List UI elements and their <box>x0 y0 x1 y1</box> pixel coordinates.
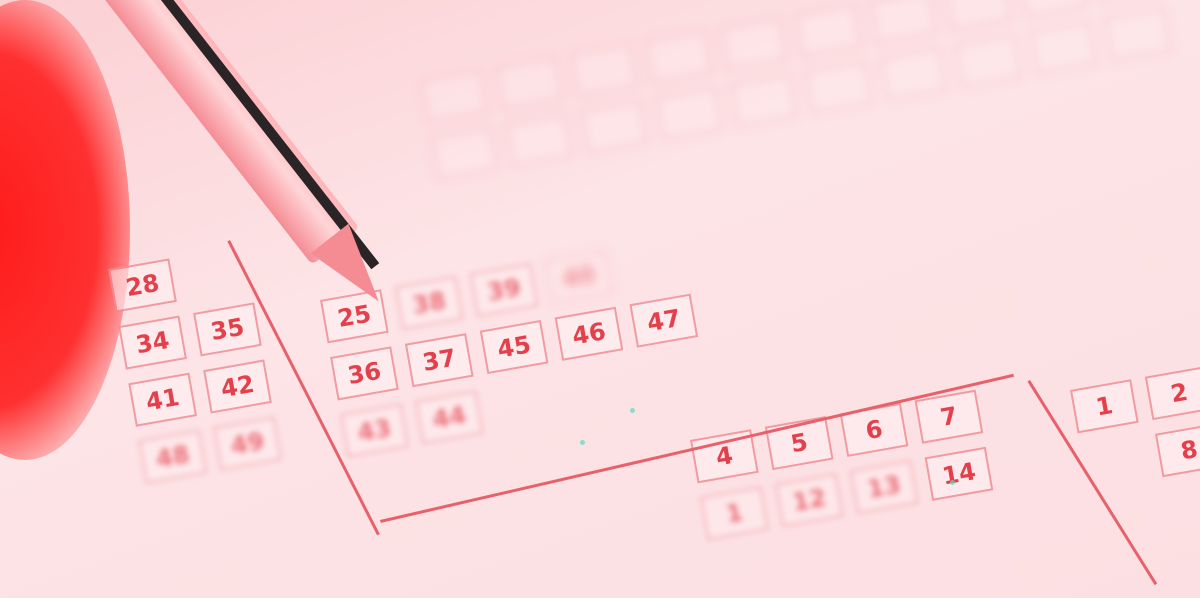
number-cell: 36 <box>330 346 399 400</box>
pen-body <box>103 0 360 265</box>
number-cell: 49 <box>213 417 282 471</box>
number-cell: 47 <box>629 294 698 348</box>
number-cell: 43 <box>340 403 409 457</box>
number-cell: 37 <box>405 333 474 387</box>
number-cell: 42 <box>203 359 272 413</box>
teal-speckle <box>630 408 635 413</box>
number-cell: 44 <box>415 390 484 444</box>
number-cell: 46 <box>555 307 624 361</box>
number-cell: 13 <box>850 460 919 514</box>
number-cell: 34 <box>118 316 187 370</box>
number-cell: 28 <box>108 258 177 312</box>
number-cell: 45 <box>480 320 549 374</box>
number-cell: 14 <box>925 447 994 501</box>
teal-speckle <box>950 480 955 485</box>
number-cell: 39 <box>470 263 539 317</box>
lottery-photo: 28 34 35 41 42 48 49 25 38 39 40 36 37 4… <box>0 0 1200 598</box>
number-cell: 7 <box>915 390 984 444</box>
number-cell: 48 <box>138 430 207 484</box>
number-cell: 2 <box>1145 366 1200 420</box>
number-cell: 41 <box>128 373 197 427</box>
number-cell: 1 <box>700 486 769 540</box>
teal-speckle <box>580 440 585 445</box>
number-cell: 35 <box>193 302 262 356</box>
number-cell: 38 <box>395 276 464 330</box>
number-cell: 40 <box>545 250 614 304</box>
number-cell: 12 <box>775 473 844 527</box>
number-cell: 1 <box>1070 379 1139 433</box>
number-cell: 8 <box>1155 423 1200 477</box>
red-blur-object <box>0 0 130 460</box>
